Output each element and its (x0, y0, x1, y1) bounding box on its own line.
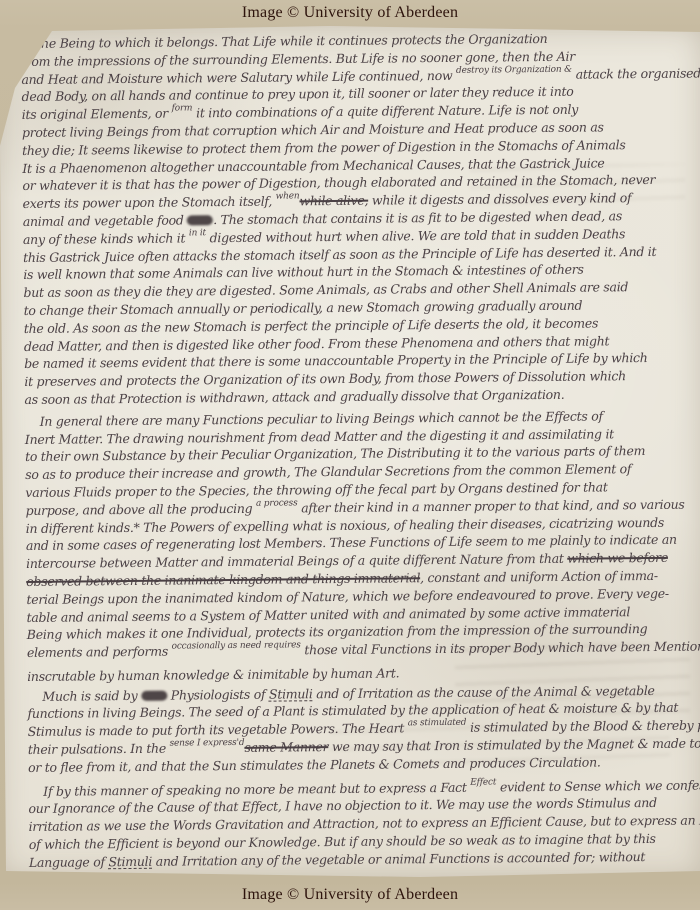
text-segment: elements and performs (27, 644, 172, 660)
text-segment: or to flee from it, and that the Sun sti… (28, 754, 601, 774)
text-segment: digested without hurt when alive. We are… (206, 226, 625, 245)
text-segment: their pulsations. In the (28, 741, 170, 757)
text-segment: animal and vegetable food (23, 212, 188, 229)
text-segment: observed between the inanimate kingdom a… (26, 570, 420, 589)
text-segment: , constant and uniform Action of imma- (420, 568, 658, 585)
text-segment: and Heat and Moisture which were Salutar… (21, 67, 456, 86)
text-segment: Language of (29, 854, 109, 870)
text-segment: inscrutable by human knowledge & inimita… (27, 665, 399, 684)
text-segment: Physiologists of (167, 686, 269, 702)
text-segment: destroy its Organization & (456, 61, 572, 80)
text-segment: as stimulated (408, 715, 467, 733)
text-segment: Effect (470, 774, 496, 792)
text-segment: purpose, and above all the producing (25, 500, 256, 517)
text-segment: in it (189, 225, 206, 243)
text-segment: Much is said by (42, 688, 141, 704)
text-segment: Stimuli (269, 686, 313, 701)
text-segment: when (276, 189, 300, 207)
text-segment: while it digests and dissolves every kin… (368, 190, 631, 208)
text-segment: is stimulated by the Blood & thereby per… (466, 717, 700, 735)
text-segment: and of Irritation as the cause of the An… (312, 683, 654, 701)
text-segment: If by this manner of speaking no more be… (43, 779, 470, 798)
ink-blot (141, 691, 167, 701)
text-segment: sense I express'd (169, 735, 244, 754)
text-segment: its original Elements, or (22, 106, 172, 122)
text-segment: which we before (567, 550, 668, 566)
text-segment: those vital Functions in its proper Body… (301, 638, 700, 658)
text-segment: evident to Sense which we confess (496, 777, 700, 794)
copyright-label-bottom: Image © University of Aberdeen (0, 886, 700, 904)
text-segment: Stimuli (108, 854, 152, 869)
text-segment: it into combinations of a quite differen… (192, 102, 578, 121)
text-segment: we may say that Iron is stimulated by th… (328, 735, 700, 754)
scanned-manuscript-page: Image © University of Aberdeen of the Be… (0, 0, 700, 910)
manuscript-text: of the Being to which it belongs. That L… (21, 29, 697, 872)
text-segment: form (171, 101, 192, 119)
text-segment: exerts its power upon the Stomach itself… (23, 194, 276, 211)
text-segment: after their kind in a manner proper to t… (297, 496, 684, 515)
text-segment: as soon as that Protection is withdrawn,… (24, 387, 564, 407)
copyright-label-top: Image © University of Aberdeen (0, 4, 700, 22)
manuscript-paper: of the Being to which it belongs. That L… (0, 26, 700, 877)
text-segment: a process (256, 495, 298, 513)
text-segment: same Manner (244, 739, 328, 755)
text-segment: occasionally as need requires (172, 637, 301, 656)
text-segment: any of these kinds which it (23, 230, 189, 247)
text-segment: attack the organised but (572, 65, 700, 81)
text-segment: and Irritation any of the vegetable or a… (152, 849, 645, 869)
text-segment: . The stomach that contains it is as fit… (213, 208, 622, 227)
text-segment: while alive, (299, 193, 368, 209)
